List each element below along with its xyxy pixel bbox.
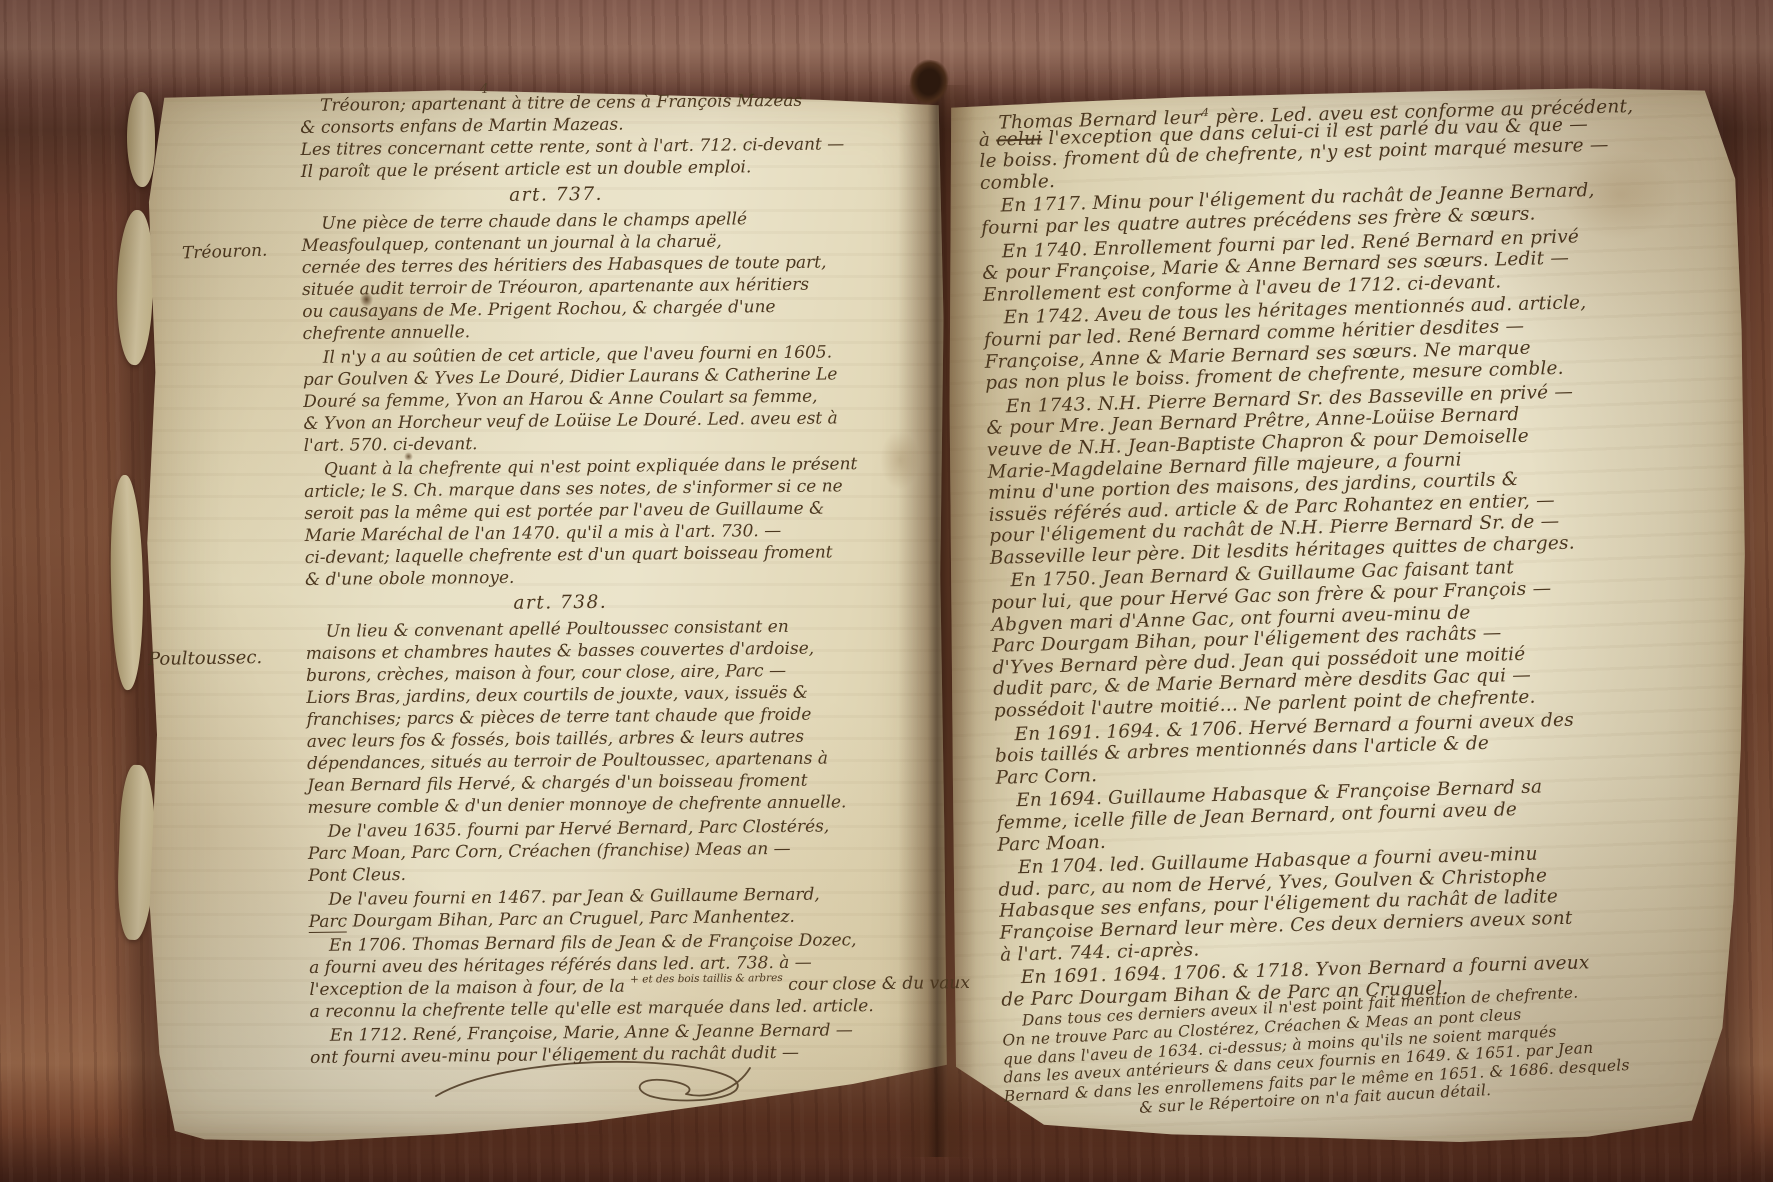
margin-note-treouron: Tréouron. (182, 241, 268, 264)
text-segment: Parc (309, 912, 348, 933)
article-heading: art. 737. (301, 180, 811, 211)
binding-gutter-shadow (898, 85, 976, 1157)
text-segment: à (979, 129, 997, 150)
open-manuscript-book: 4 Tréouron. Poultoussec. Tréouron; apart… (0, 0, 1773, 1182)
text-segment: l'exception de la maison à four, de la (309, 977, 630, 1000)
text-segment: cour close & du vaux (783, 973, 970, 995)
article-heading: art. 738. (305, 588, 815, 619)
torn-leaf-fragment (127, 92, 155, 187)
right-page-text: Thomas Bernard leur4 père. Led. aveu est… (978, 86, 1764, 1124)
struck-word: celui (996, 128, 1043, 150)
margin-note-poultoussec: Poultoussec. (148, 647, 263, 670)
interline-insertion: + et des bois taillis & arbres (630, 967, 783, 991)
text-segment: Dourgam Bihan, Parc an Cruguel, Parc Man… (347, 907, 795, 932)
binding-knot (906, 57, 951, 107)
left-page-text: Tréouron; apartenant à titre de cens à F… (300, 87, 910, 1069)
flourish-paraph (428, 1054, 773, 1116)
